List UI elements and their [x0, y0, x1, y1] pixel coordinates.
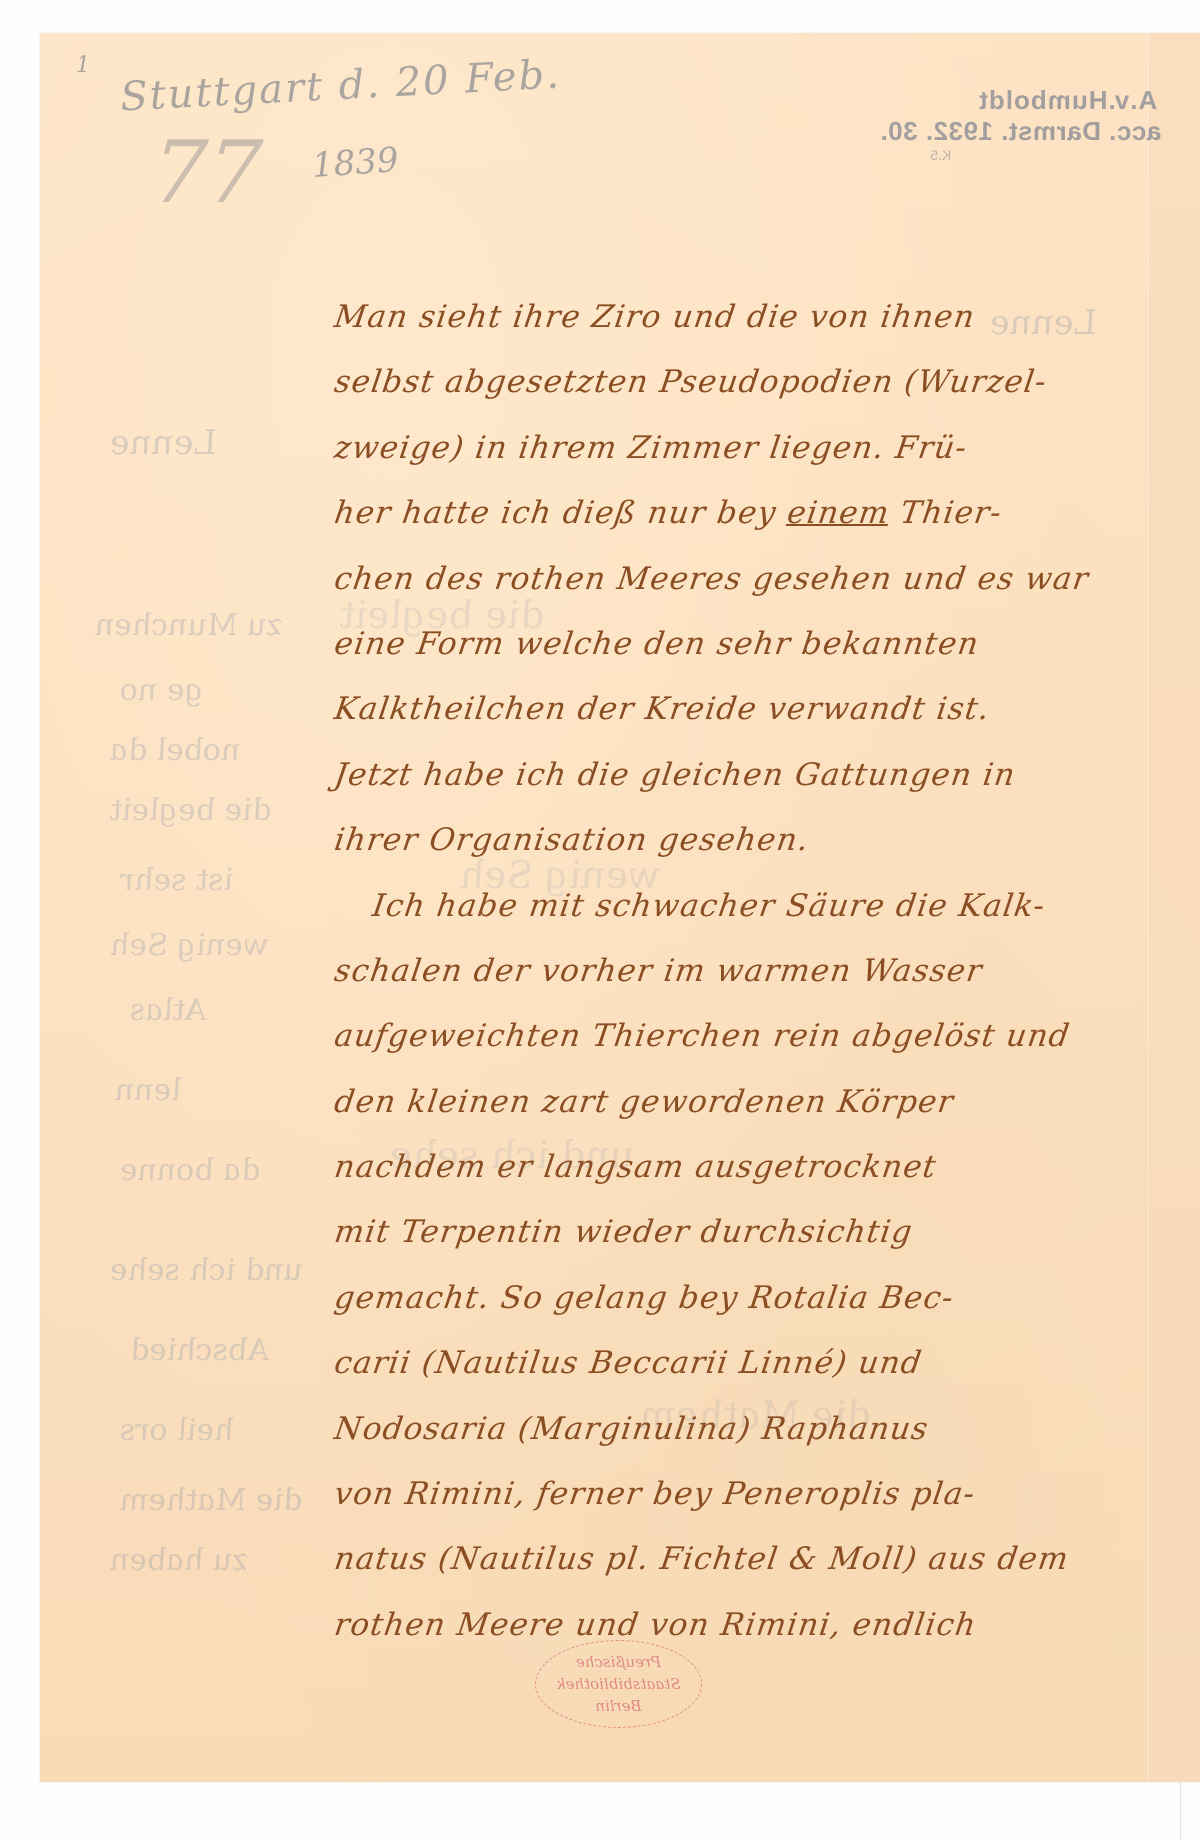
bleed-through-text: da bonne [116, 1153, 265, 1188]
letter-body: Man sieht ihre Ziro und die von ihnen se… [330, 285, 1170, 1658]
manuscript-page: 1 77 Stuttgart d. 20 Feb. 1839 A.v.Humbo… [40, 33, 1200, 1782]
bleed-through-text: heil ors [116, 1413, 238, 1448]
letter-line: selbst abgesetzten Pseudopodien (Wurzel- [330, 350, 1179, 415]
letter-line: schalen der vorher im warmen Wasser [330, 939, 1179, 1004]
letter-line: nachdem er langsam ausgetrocknet [330, 1135, 1179, 1200]
scanner-edge-line [1180, 1782, 1181, 1840]
letter-line: zweige) in ihrem Zimmer liegen. Frü- [330, 416, 1179, 481]
letter-line: von Rimini, ferner bey Peneroplis pla- [330, 1462, 1179, 1527]
underlined-word: einem [785, 495, 892, 531]
library-stamp-line3: Berlin [536, 1695, 701, 1717]
letter-line: den kleinen zart gewordenen Körper [330, 1070, 1179, 1135]
archive-stamp-line3: K.5 [880, 147, 1161, 163]
archive-stamp-line1: A.v.Humboldt [880, 85, 1161, 116]
letter-line: aufgeweichten Thierchen rein abgelöst un… [330, 1004, 1179, 1069]
bleed-through-text: ge no [116, 673, 209, 708]
bleed-through-text: die Mathem [116, 1483, 307, 1518]
place-date-annotation: Stuttgart d. 20 Feb. [119, 51, 562, 120]
bleed-through-text: lenn [111, 1073, 186, 1108]
letter-line-part: Thier- [887, 495, 1005, 531]
archive-stamp: A.v.Humboldt acc. Darmst. 1932. 30. K.5 [880, 85, 1161, 163]
library-stamp-line2: Staatsbibliothek [536, 1673, 701, 1695]
letter-line: eine Form welche den sehr bekannten [330, 612, 1179, 677]
letter-line: Man sieht ihre Ziro und die von ihnen [330, 285, 1179, 350]
bleed-through-text: nobel da [106, 733, 245, 768]
letter-line: rothen Meere und von Rimini, endlich [330, 1593, 1179, 1658]
letter-line: ihrer Organisation gesehen. [330, 808, 1179, 873]
letter-line-underlined: her hatte ich dieß nur bey einem Thier- [330, 481, 1179, 546]
year-annotation: 1839 [311, 140, 400, 186]
bleed-through-text: ist sehr [116, 863, 238, 898]
library-stamp: Preußische Staatsbibliothek Berlin [535, 1640, 702, 1728]
item-number: 77 [140, 123, 274, 223]
letter-line: carii (Nautilus Beccarii Linné) und [330, 1331, 1179, 1396]
letter-line: Nodosaria (Marginulina) Raphanus [330, 1397, 1179, 1462]
bleed-through-text: Abschied [126, 1333, 274, 1368]
letter-line: chen des rothen Meeres gesehen und es wa… [330, 547, 1179, 612]
letter-line: mit Terpentin wieder durchsichtig [330, 1200, 1179, 1265]
bleed-through-text: Atlas [126, 993, 211, 1028]
letter-line: gemacht. So gelang bey Rotalia Bec- [330, 1266, 1179, 1331]
bleed-through-text: und ich sehe [106, 1253, 308, 1288]
letter-line: natus (Nautilus pl. Fichtel & Moll) aus … [330, 1527, 1179, 1592]
bleed-through-text: wenig Seh [106, 928, 273, 963]
letter-line: Kalktheilchen der Kreide verwandt ist. [330, 677, 1179, 742]
bleed-through-text: zu Munchen [91, 608, 287, 643]
letter-line-part: her hatte ich dieß nur bey [332, 495, 790, 531]
library-stamp-line1: Preußische [536, 1651, 701, 1673]
bleed-through-text: die begleit [106, 793, 276, 828]
letter-line: Ich habe mit schwacher Säure die Kalk- [330, 874, 1179, 939]
bleed-through-text: zu haben [106, 1543, 253, 1578]
bleed-through-text: Lenne [105, 423, 222, 463]
letter-line: Jetzt habe ich die gleichen Gattungen in [330, 743, 1179, 808]
archive-stamp-line2: acc. Darmst. 1932. 30. [880, 116, 1161, 147]
folio-number: 1 [76, 53, 90, 78]
